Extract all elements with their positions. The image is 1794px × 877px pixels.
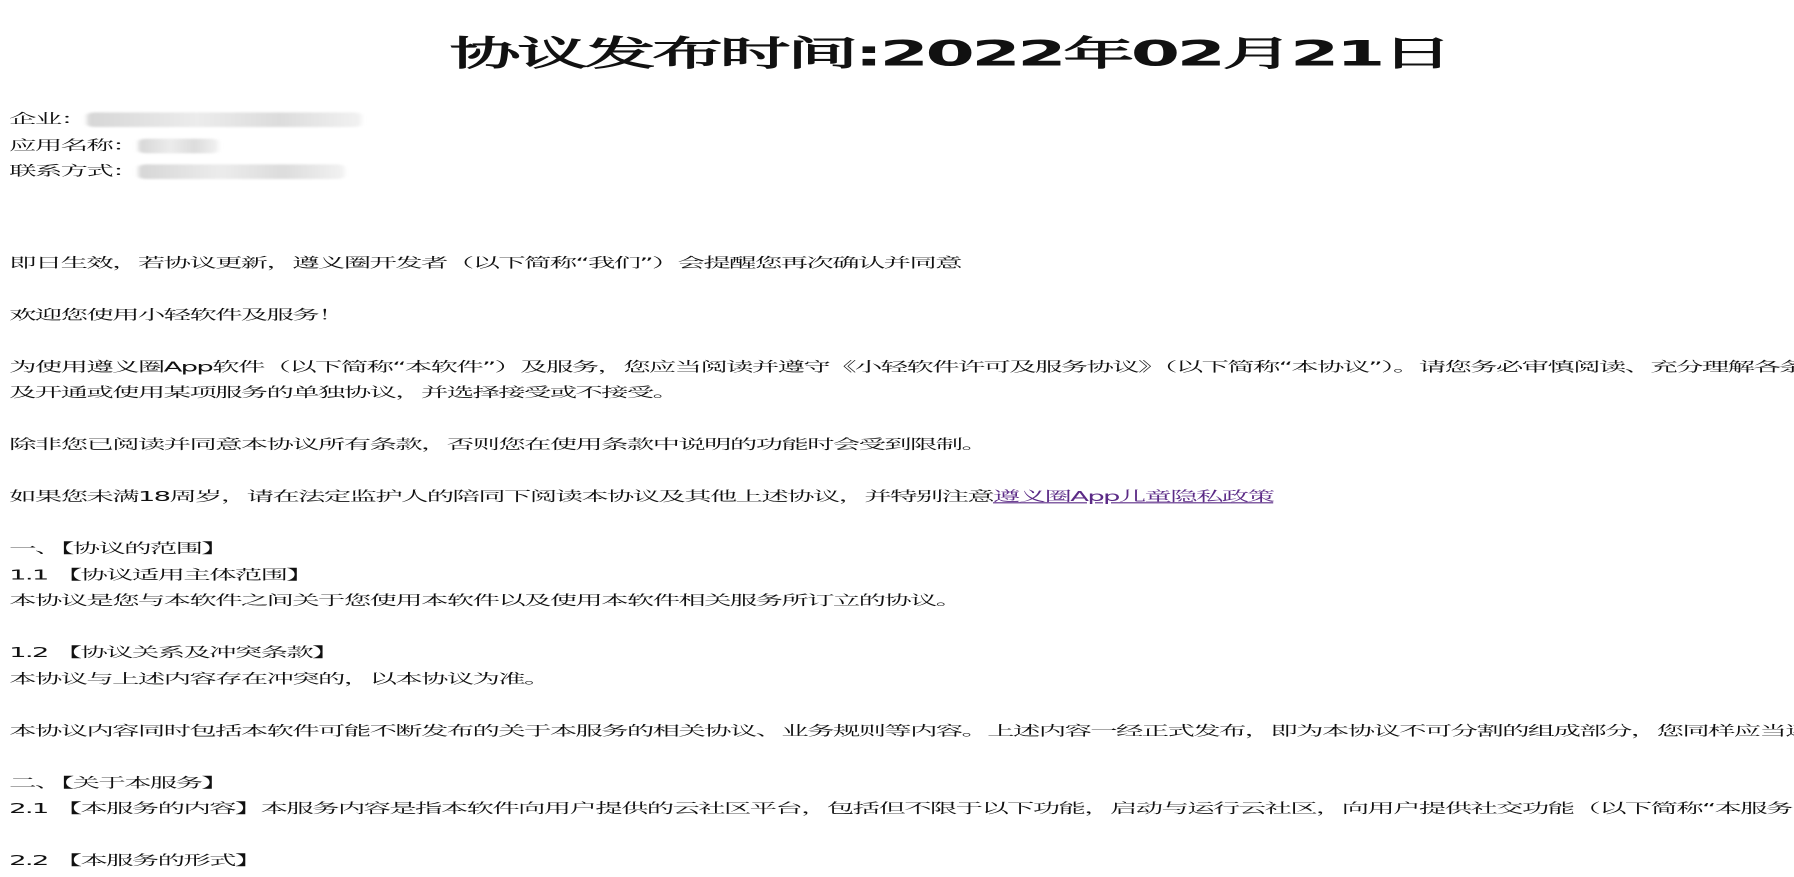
section-1-2-body-2: 本协议内容同时包括本软件可能不断发布的关于本服务的相关协议、业务规则等内容。上述… bbox=[9, 718, 1794, 744]
intro-paragraph-line2: 及开通或使用某项服务的单独协议，并选择接受或不接受。 bbox=[9, 380, 1794, 406]
page-title: 协议发布时间:2022年02月21日 bbox=[0, 32, 1794, 75]
effective-paragraph: 即日生效，若协议更新，遵义圈开发者（以下简称“我们”）会提醒您再次确认并同意 bbox=[9, 250, 1794, 276]
section-2-heading: 二、【关于本服务】 bbox=[9, 770, 1794, 796]
document-page: 协议发布时间:2022年02月21日 企业： 应用名称： 联系方式： 即日生效，… bbox=[0, 0, 1794, 877]
section-1-2-body: 本协议与上述内容存在冲突的，以本协议为准。 bbox=[9, 666, 1794, 692]
intro-paragraph-line1: 为使用遵义圈App软件（以下简称“本软件”）及服务，您应当阅读并遵守《小轻软件许… bbox=[9, 354, 1794, 380]
section-1-1-heading: 1.1 【协议适用主体范围】 bbox=[9, 562, 1794, 588]
contact-line: 联系方式： bbox=[9, 158, 1794, 184]
section-1-1-body: 本协议是您与本软件之间关于您使用本软件以及使用本软件相关服务所订立的协议。 bbox=[9, 588, 1794, 614]
section-2-1: 2.1 【本服务的内容】本服务内容是指本软件向用户提供的云社区平台，包括但不限于… bbox=[9, 796, 1794, 822]
company-label: 企业： bbox=[9, 111, 86, 127]
minor-text: 如果您未满18周岁，请在法定监护人的陪同下阅读本协议及其他上述协议，并特别注意 bbox=[9, 489, 993, 505]
company-line: 企业： bbox=[9, 106, 1794, 132]
redacted-contact bbox=[138, 164, 344, 179]
redacted-app-name bbox=[138, 138, 218, 153]
agreement-content: 企业： 应用名称： 联系方式： 即日生效，若协议更新，遵义圈开发者（以下简称“我… bbox=[9, 106, 1794, 874]
section-1-2-heading: 1.2 【协议关系及冲突条款】 bbox=[9, 640, 1794, 666]
welcome-paragraph: 欢迎您使用小轻软件及服务！ bbox=[9, 302, 1794, 328]
redacted-company bbox=[86, 112, 361, 127]
app-name-line: 应用名称： bbox=[9, 132, 1794, 158]
contact-label: 联系方式： bbox=[9, 163, 138, 179]
unless-paragraph: 除非您已阅读并同意本协议所有条款，否则您在使用条款中说明的功能时会受到限制。 bbox=[9, 432, 1794, 458]
section-1-heading: 一、【协议的范围】 bbox=[9, 536, 1794, 562]
child-privacy-policy-link[interactable]: 遵义圈App儿童隐私政策 bbox=[993, 489, 1273, 505]
minor-paragraph: 如果您未满18周岁，请在法定监护人的陪同下阅读本协议及其他上述协议，并特别注意遵… bbox=[9, 484, 1794, 510]
app-name-label: 应用名称： bbox=[9, 137, 138, 153]
section-2-2-heading: 2.2 【本服务的形式】 bbox=[9, 848, 1794, 874]
